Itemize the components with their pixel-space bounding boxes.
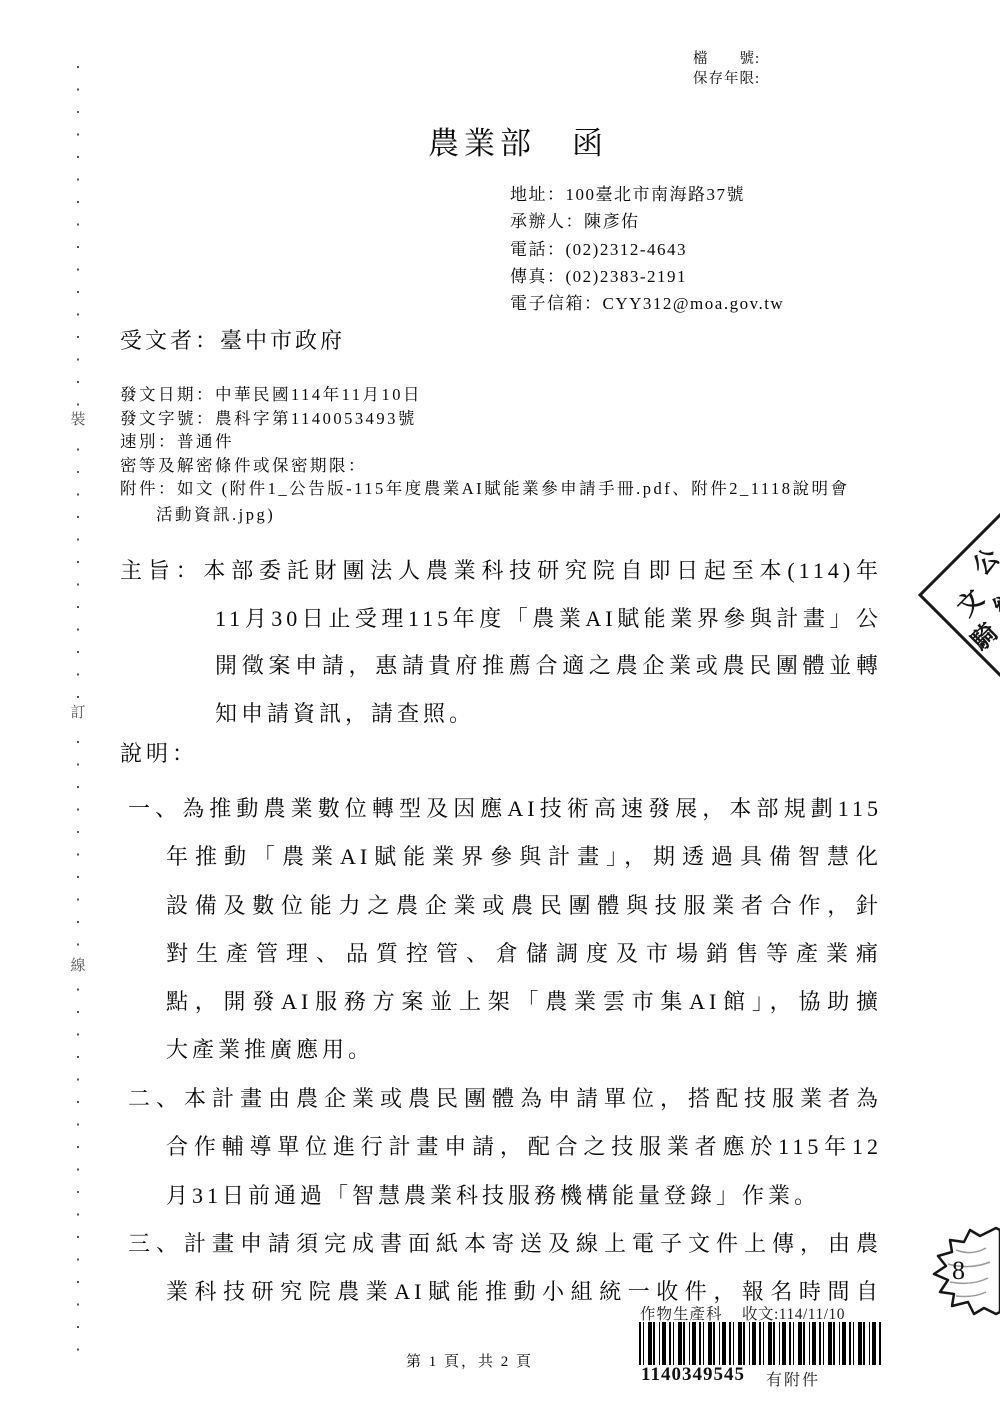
seal-character: 文 xyxy=(948,580,991,623)
subject-block: 主旨：本部委託財團法人農業科技研究院自即日起至本(114)年 11月30日止受理… xyxy=(120,547,882,737)
seal-character: 公 xyxy=(963,539,1000,582)
explanation-item-2: 二、本計畫由農企業或農民團體為申請單位，搭配技服業者為 合作輔導單位進行計畫申請… xyxy=(128,1075,882,1220)
seam-seal-stamp: 公 文 騎 縫 章 xyxy=(918,506,1000,684)
file-number-label: 檔 號: xyxy=(693,50,760,70)
document-title: 農業部 函 xyxy=(428,118,608,163)
binding-mark-zhuang: 裝 xyxy=(69,408,87,429)
subject-line: 主旨：本部委託財團法人農業科技研究院自即日起至本(114)年 xyxy=(120,547,882,595)
explanation-item-1: 一、為推動農業數位轉型及因應AI技術高速發展，本部規劃115 年推動「農業AI賦… xyxy=(128,785,882,1075)
item-line: 年推動「農業AI賦能業界參與計畫」，期透過具備智慧化 xyxy=(128,833,882,881)
seal-character: 騎 xyxy=(962,614,1000,657)
retention-label: 保存年限: xyxy=(693,70,760,90)
corner-star-stamp: 8 xyxy=(926,1226,1000,1318)
sender-address: 地址：100臺北市南海路37號 xyxy=(510,181,784,208)
doc-number-line: 發文字號：農科字第1140053493號 xyxy=(120,407,850,431)
sender-info-block: 地址：100臺北市南海路37號 承辦人：陳彥佑 電話：(02)2312-4643… xyxy=(510,181,784,317)
attachment-badge: 有附件 xyxy=(766,1367,820,1390)
subject-line: 開徵案申請，惠請貴府推薦合適之農企業或農民團體並轉 xyxy=(120,642,882,690)
receipt-barcode xyxy=(639,1322,882,1365)
security-line: 密等及解密條件或保密期限： xyxy=(120,454,850,478)
sender-contact: 承辦人：陳彥佑 xyxy=(510,208,784,235)
attachment-line-2: 活動資訊.jpg) xyxy=(120,503,850,527)
item-line: 月31日前通過「智慧農業科技服務機構能量登錄」作業。 xyxy=(128,1172,882,1220)
item-line: 對生產管理、品質控管、倉儲調度及市場銷售等產業痛 xyxy=(128,930,882,978)
sender-email: 電子信箱：CYY312@moa.gov.tw xyxy=(510,290,784,317)
file-header-block: 檔 號: 保存年限: xyxy=(693,50,760,89)
item-line: 二、本計畫由農企業或農民團體為申請單位，搭配技服業者為 xyxy=(128,1075,882,1123)
explanation-heading: 說明： xyxy=(120,737,198,768)
issue-date-line: 發文日期：中華民國114年11月10日 xyxy=(120,383,850,407)
item-line: 一、為推動農業數位轉型及因應AI技術高速發展，本部規劃115 xyxy=(128,785,882,833)
item-line: 設備及數位能力之農企業或農民團體與技服業者合作，針 xyxy=(128,882,882,930)
meta-block: 發文日期：中華民國114年11月10日 發文字號：農科字第1140053493號… xyxy=(120,383,850,526)
recipient-line: 受文者：臺中市政府 xyxy=(120,324,345,355)
subject-line: 11月30日止受理115年度「農業AI賦能業界參與計畫」公 xyxy=(120,595,882,643)
stamp-number: 8 xyxy=(952,1256,965,1286)
speed-line: 速別：普通件 xyxy=(120,430,850,454)
item-line: 合作輔導單位進行計畫申請，配合之技服業者應於115年12 xyxy=(128,1123,882,1171)
receipt-date-text: 收文:114/11/10 xyxy=(742,1302,845,1324)
barcode-number: 1140349545 xyxy=(641,1364,745,1386)
subject-line: 知申請資訊，請查照。 xyxy=(120,690,882,738)
sender-fax: 傳真：(02)2383-2191 xyxy=(510,263,784,290)
binding-mark-ding: 訂 xyxy=(69,701,87,722)
item-line: 三、計畫申請須完成書面紙本寄送及線上電子文件上傳，由農 xyxy=(128,1220,882,1268)
sender-phone: 電話：(02)2312-4643 xyxy=(510,236,784,263)
attachment-line-1: 附件：如文 (附件1_公告版-115年度農業AI賦能業參申請手冊.pdf、附件2… xyxy=(120,477,850,501)
receipt-dept-text: 作物生產科 xyxy=(640,1302,723,1324)
document-page: 檔 號: 保存年限: 農業部 函 地址：100臺北市南海路37號 承辦人：陳彥佑… xyxy=(0,0,1000,1415)
item-line: 點，開發AI服務方案並上架「農業雲市集AI館」，協助擴 xyxy=(128,978,882,1026)
binding-mark-xian: 線 xyxy=(69,954,87,975)
page-footer: 第 1 頁，共 2 頁 xyxy=(406,1350,533,1371)
item-line: 大產業推廣應用。 xyxy=(128,1026,882,1074)
